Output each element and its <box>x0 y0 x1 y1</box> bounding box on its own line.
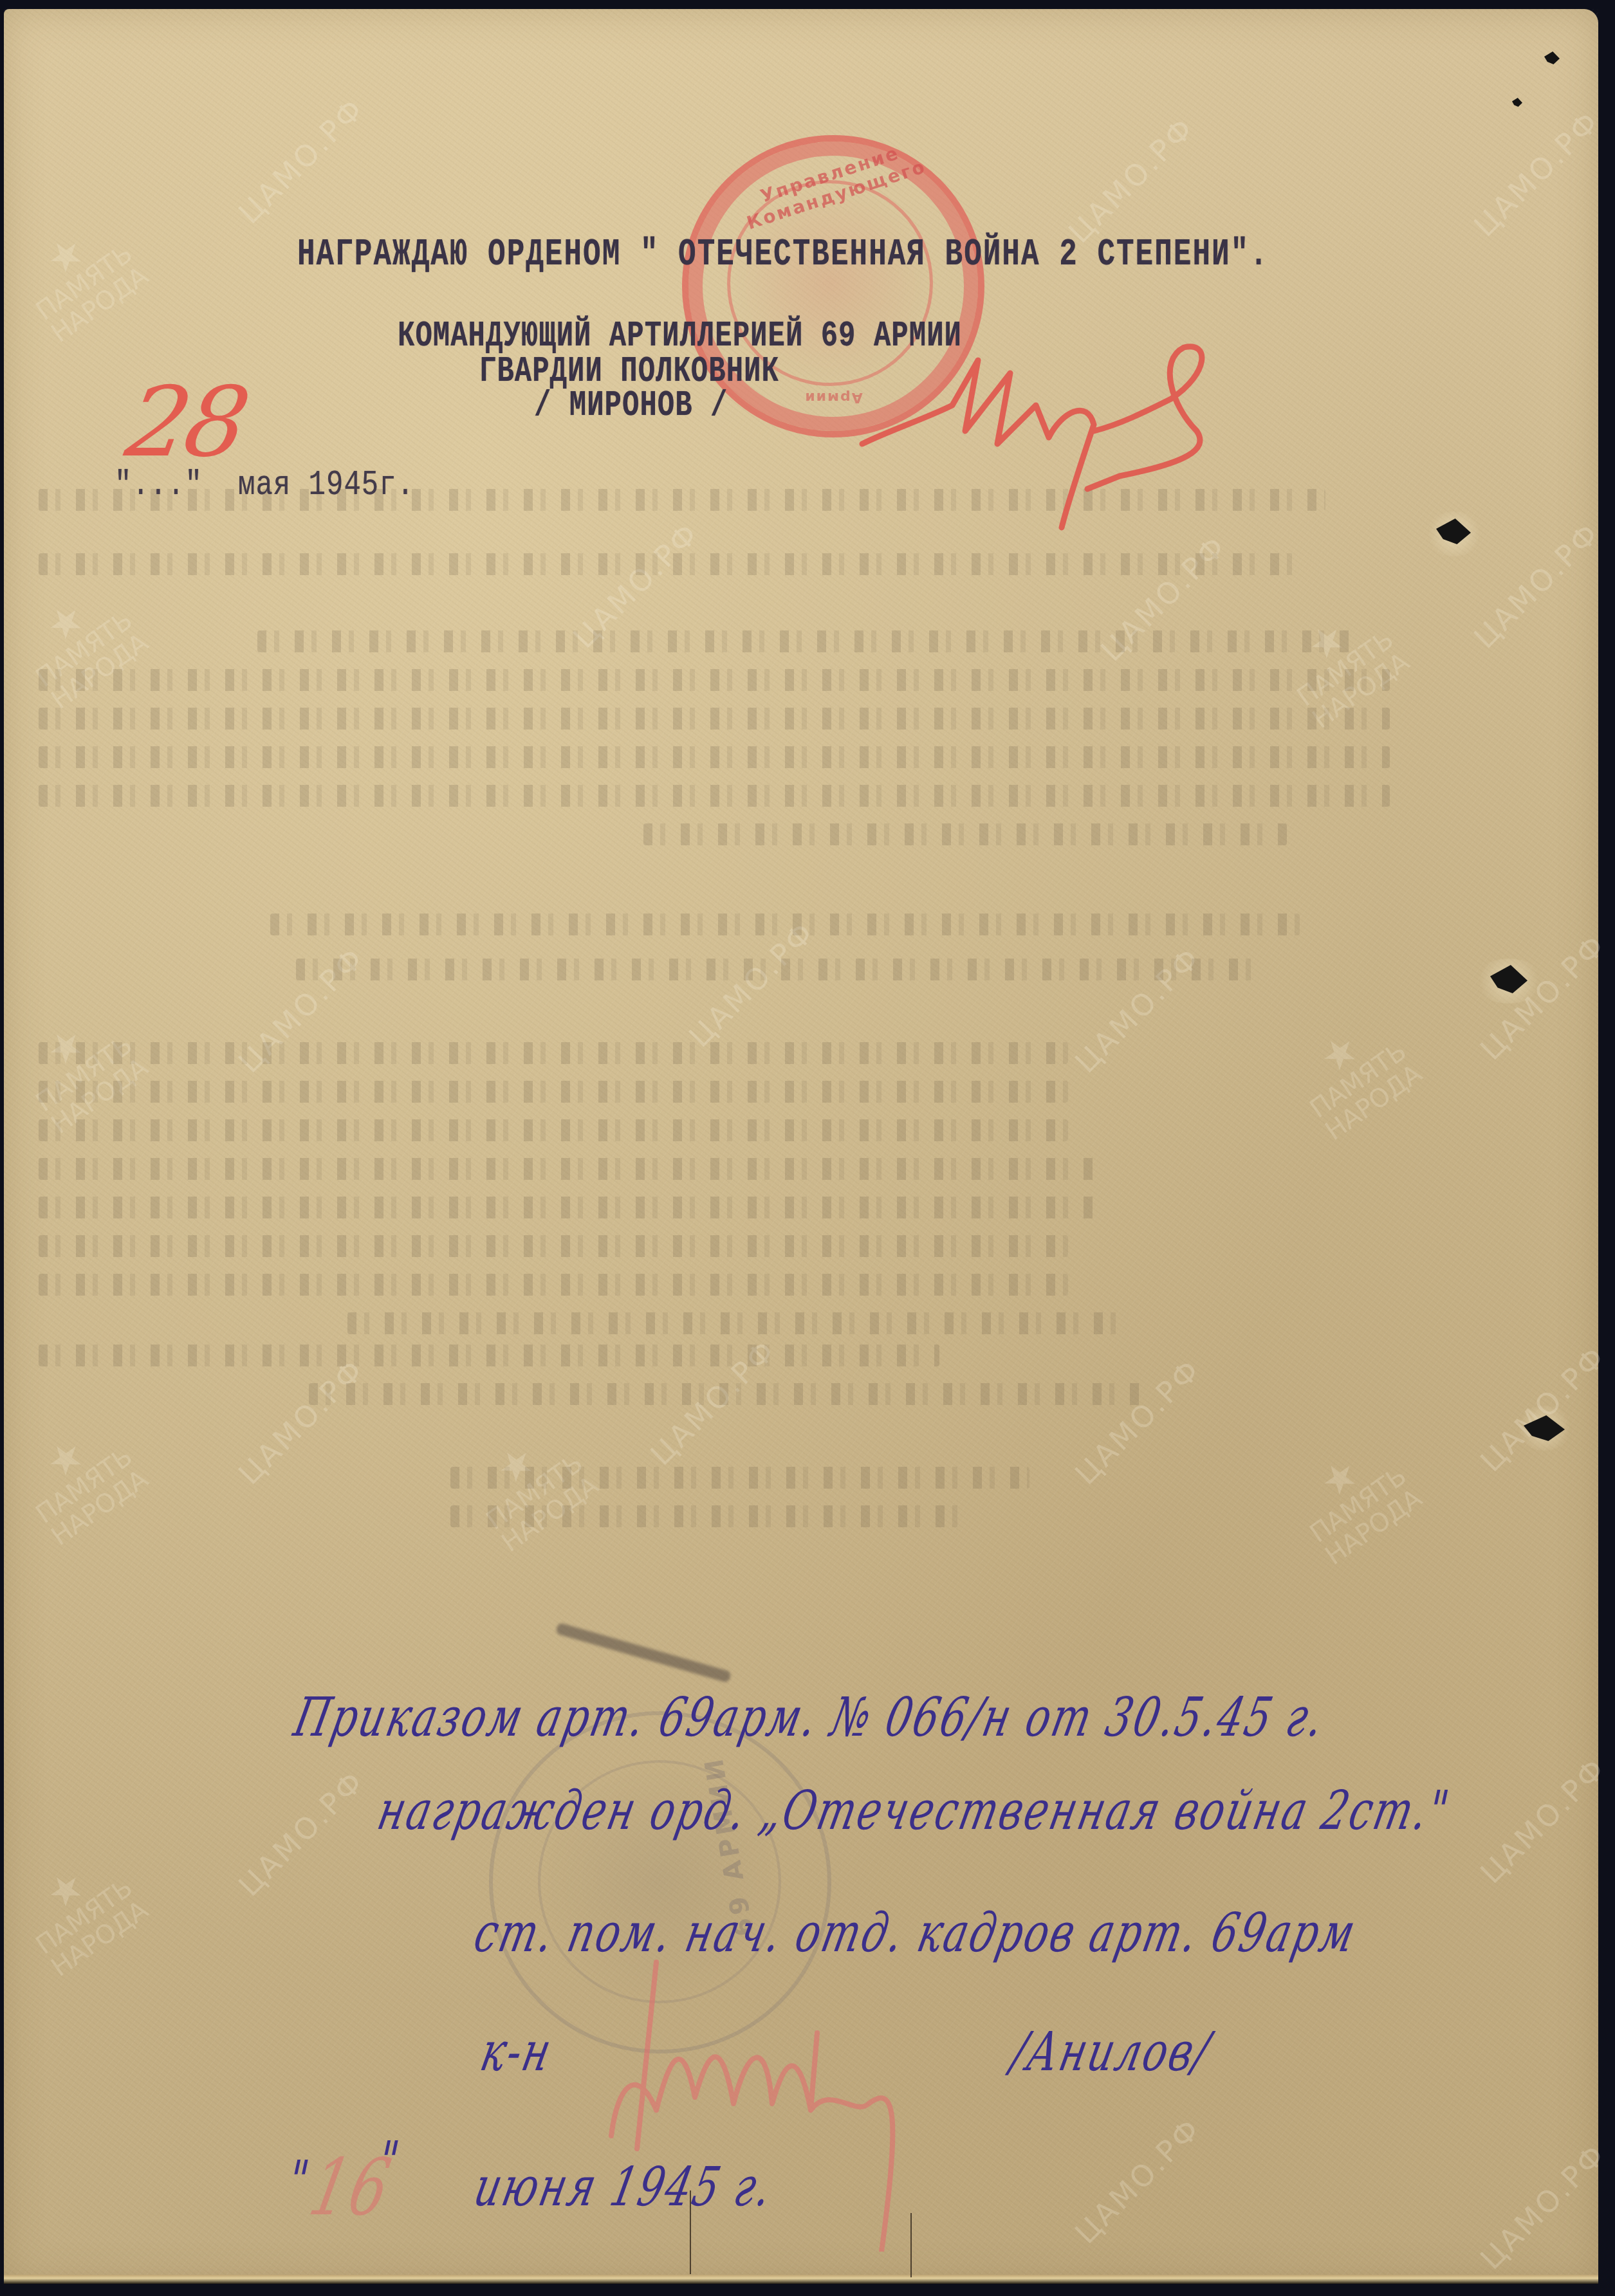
paper-bottom-edge <box>4 2275 1598 2284</box>
paper-crack <box>690 2190 691 2274</box>
order-line-2: награжден орд. „Отечественная война 2ст.… <box>373 1779 1456 1842</box>
commander-signature <box>849 335 1235 540</box>
scan-edge <box>1598 9 1615 2286</box>
officer-position: ст. пом. нач. отд. кадров арт. 69арм <box>469 1901 1362 1965</box>
date-month-year: мая 1945г. <box>238 466 414 505</box>
officer-signature <box>598 1956 1062 2252</box>
date-day-placeholder: "..." <box>115 466 203 505</box>
handwritten-day: 28 <box>119 367 254 479</box>
commander-name: / МИРОНОВ / <box>534 386 728 427</box>
paper-crack <box>910 2213 912 2277</box>
order-line-1: Приказом арт. 69арм. № 066/н от 30.5.45 … <box>289 1685 1331 1749</box>
officer-rank: к-н <box>475 2020 558 2084</box>
award-resolution-line: НАГРАЖДАЮ ОРДЕНОМ " ОТЕЧЕСТВЕННАЯ ВОЙНА … <box>297 233 1269 277</box>
